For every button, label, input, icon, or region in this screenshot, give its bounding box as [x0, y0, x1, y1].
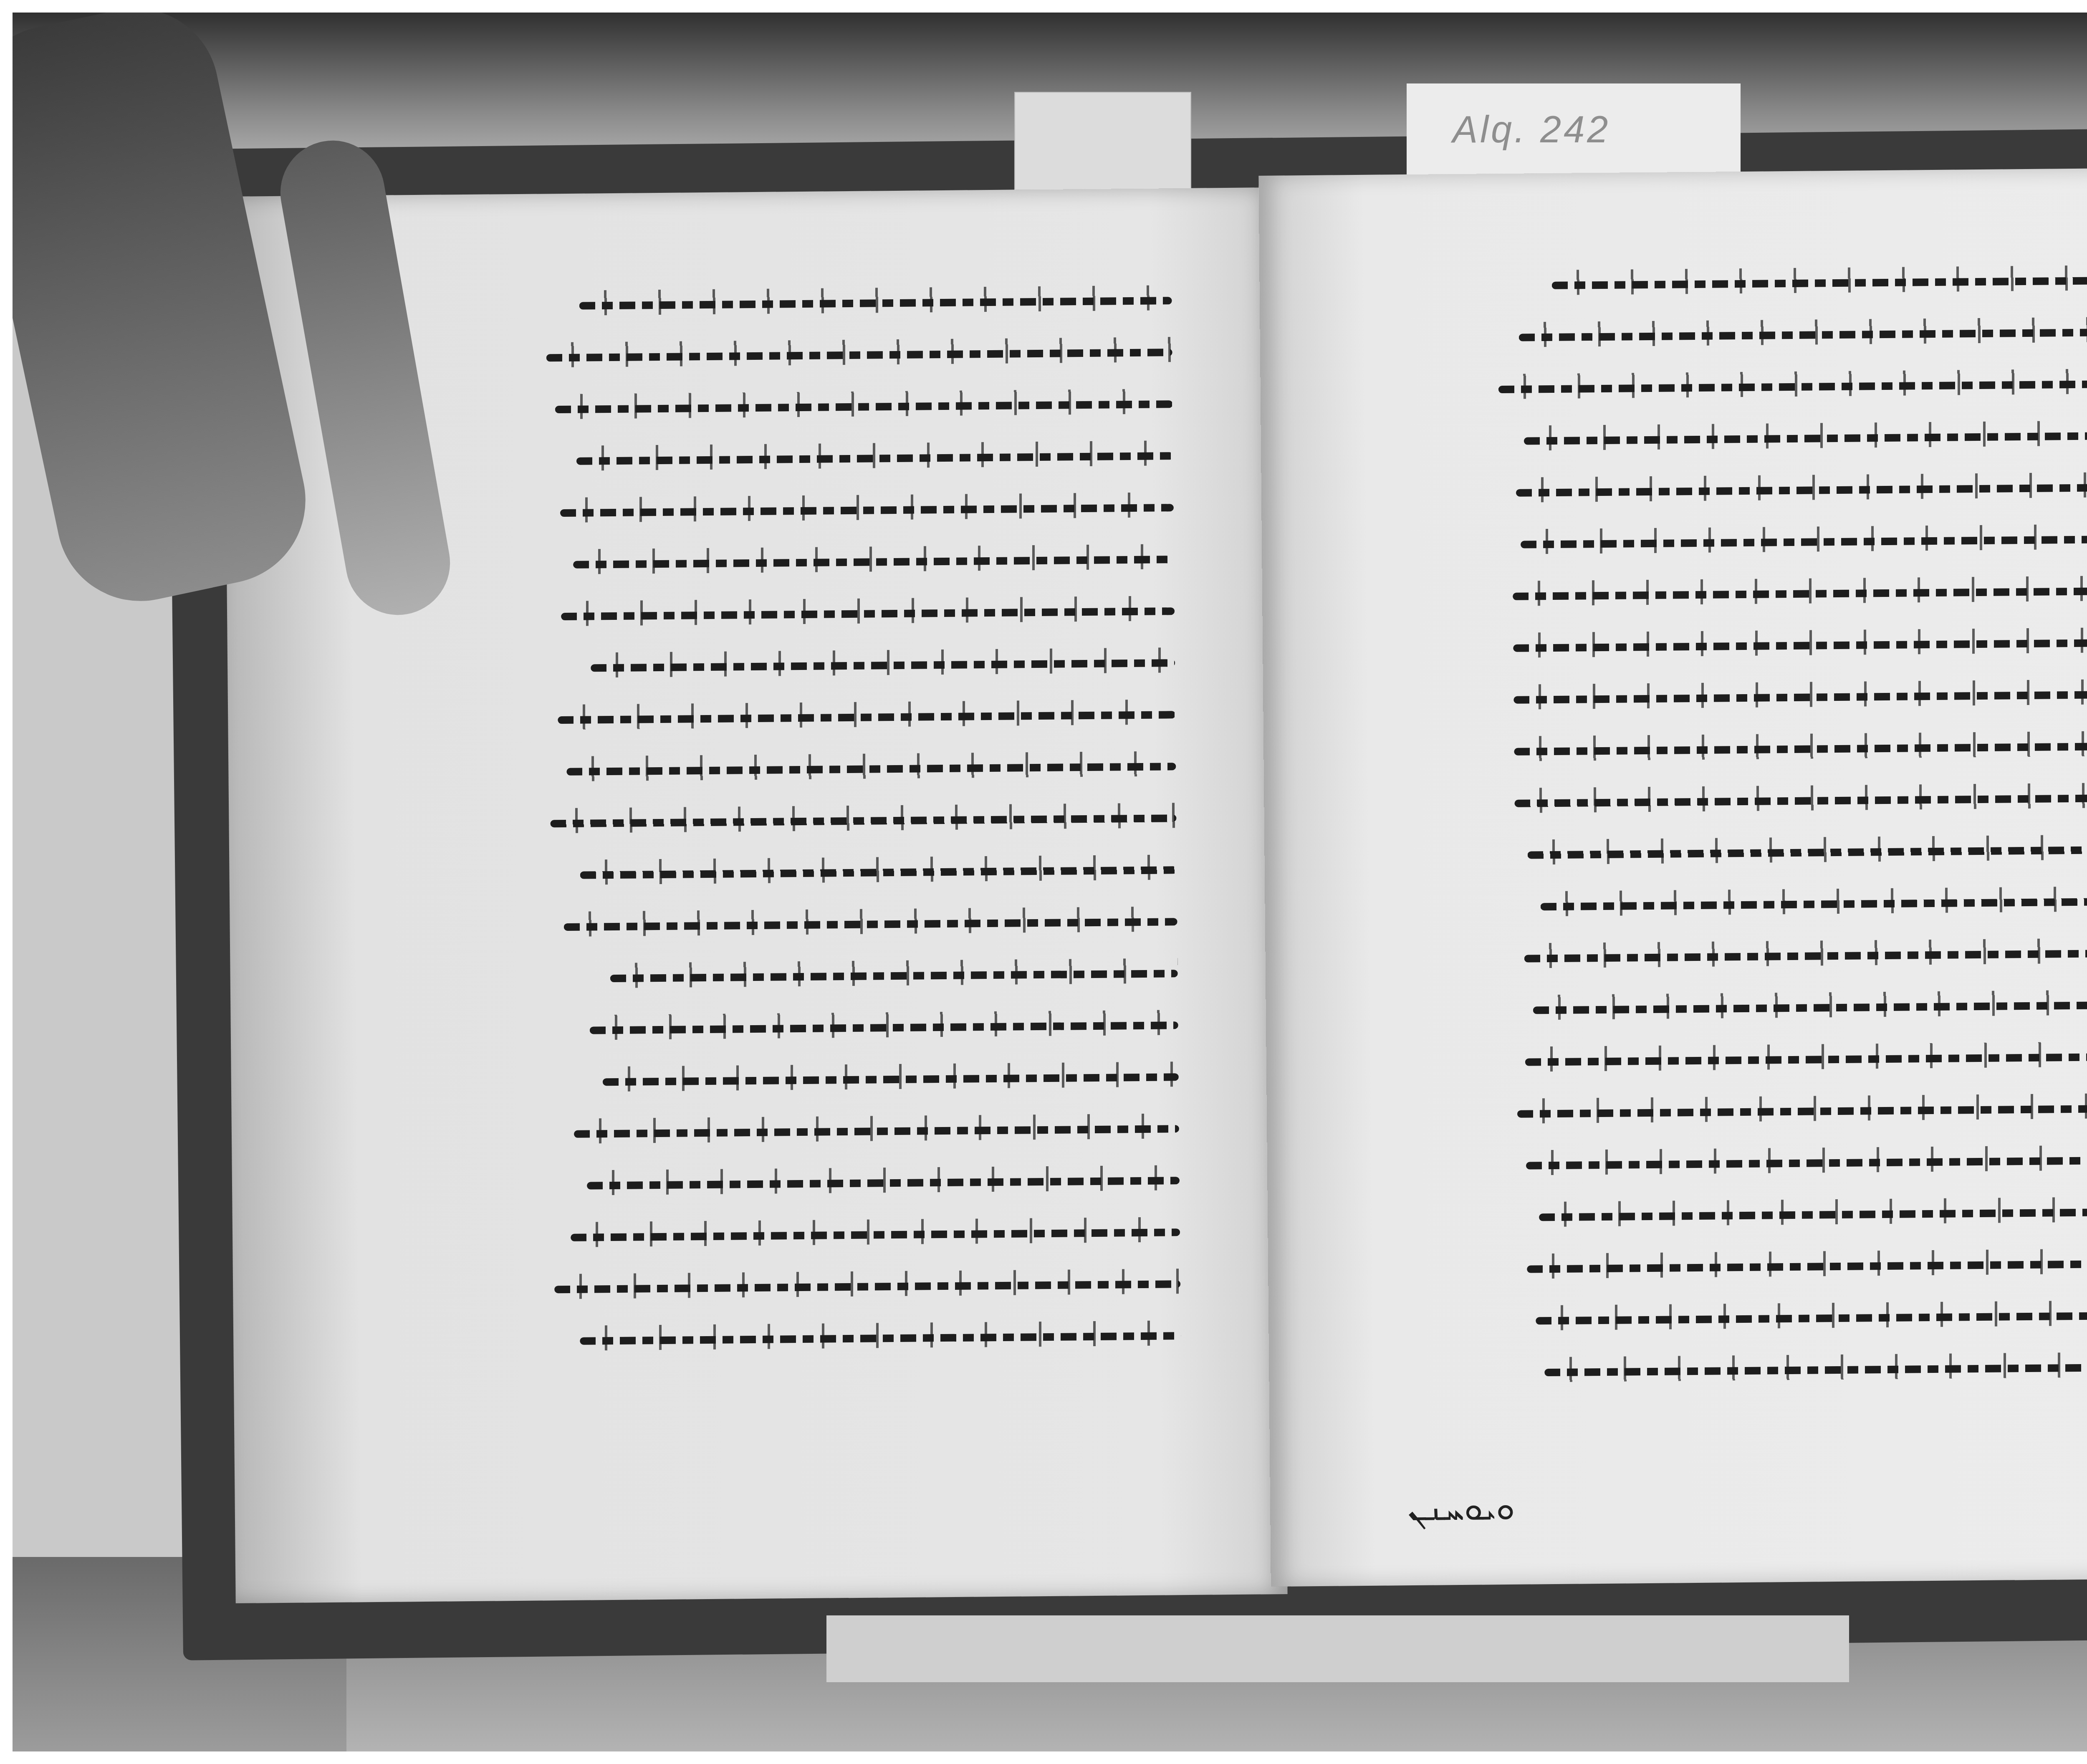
handwritten-script: [1552, 277, 2087, 289]
handwritten-script: [546, 349, 1172, 361]
manuscript-line: [529, 802, 1177, 838]
handwritten-script: [1527, 846, 2087, 859]
shelfmark-label: Alq. 242: [1407, 83, 1741, 175]
handwritten-script: [1513, 639, 2087, 652]
manuscript-line: [1489, 316, 2087, 352]
photo-frame: Alq. 242 ܡܘ ܘܝܘܚܢܢ: [13, 13, 2087, 1751]
handwritten-script: [1541, 898, 2087, 911]
manuscript-line: [1493, 730, 2087, 766]
handwritten-script: [1527, 1260, 2087, 1273]
manuscript-line: [530, 905, 1177, 941]
manuscript-line: [1489, 264, 2087, 300]
manuscript-line: [1498, 1351, 2087, 1387]
handwritten-script: [564, 918, 1177, 931]
manuscript-line: [1492, 575, 2087, 611]
handwritten-script: [1524, 432, 2087, 445]
handwritten-script: [566, 763, 1176, 776]
handwritten-script: [558, 711, 1175, 724]
handwritten-script: [1539, 1208, 2087, 1221]
handwritten-script: [1533, 1001, 2087, 1014]
manuscript-line: [532, 1112, 1180, 1148]
handwritten-script: [554, 1280, 1180, 1293]
handwritten-script: [560, 504, 1174, 517]
right-page: ܡܘ ܘܝܘܚܢܢ: [1258, 167, 2087, 1587]
shelfmark-text: Alq. 242: [1453, 109, 1610, 152]
handwritten-script: [579, 297, 1172, 309]
manuscript-line: [1498, 1248, 2087, 1284]
manuscript-line: [1497, 1196, 2087, 1232]
handwritten-script: [587, 1177, 1180, 1189]
manuscript-line: [525, 284, 1172, 320]
handwritten-script: [580, 1332, 1181, 1345]
handwritten-script: [1544, 1364, 2087, 1377]
handwritten-script: [574, 1125, 1179, 1138]
handwritten-script: [561, 607, 1175, 620]
manuscript-line: [1490, 368, 2087, 404]
cloth-under-spine: [826, 1615, 1849, 1682]
manuscript-line: [531, 1009, 1178, 1045]
manuscript-line: [527, 491, 1174, 527]
manuscript-line: [1492, 627, 2087, 662]
manuscript-line: [528, 698, 1176, 734]
manuscript-line: [1493, 678, 2087, 714]
handwritten-script: [1519, 329, 2087, 341]
manuscript-line: [1494, 834, 2087, 869]
handwritten-script: [1517, 1105, 2087, 1118]
manuscript-line: [534, 1319, 1181, 1355]
manuscript-line: [1496, 1092, 2087, 1128]
handwritten-script: [555, 400, 1173, 413]
manuscript-line: [1495, 937, 2087, 973]
manuscript-line: [1498, 1299, 2087, 1335]
manuscript-line: [1493, 782, 2087, 818]
handwritten-script: [573, 556, 1174, 569]
handwritten-script: [1513, 587, 2087, 600]
handwritten-script: [603, 1073, 1179, 1086]
right-page-text-block: [1489, 264, 2087, 1408]
manuscript-line: [526, 388, 1173, 424]
handwritten-script: [1516, 484, 2087, 497]
manuscript-line: [1494, 885, 2087, 921]
manuscript-line: [525, 336, 1172, 372]
handwritten-script: [576, 452, 1173, 465]
handwritten-script: [1524, 950, 2087, 963]
handwritten-script: [1514, 794, 2087, 807]
handwritten-script: [590, 1021, 1178, 1034]
handwritten-script: [1513, 691, 2087, 704]
handwritten-script: [1536, 1312, 2087, 1325]
manuscript-line: [1491, 420, 2087, 455]
manuscript-line: [528, 595, 1175, 631]
handwritten-script: [591, 659, 1175, 672]
manuscript-line: [533, 1268, 1181, 1304]
manuscript-line: [526, 440, 1174, 475]
manuscript-line: [1496, 1041, 2087, 1077]
manuscript-line: [533, 1216, 1180, 1252]
manuscript-line: [531, 957, 1178, 993]
handwritten-script: [1514, 743, 2087, 756]
handwritten-script: [1525, 1053, 2087, 1066]
handwritten-script: [580, 866, 1177, 879]
handwritten-script: [571, 1228, 1180, 1241]
manuscript-line: [527, 543, 1175, 579]
manuscript-line: [529, 750, 1176, 786]
handwritten-script: [610, 970, 1178, 982]
manuscript-line: [532, 1061, 1179, 1097]
manuscript-line: [1491, 471, 2087, 507]
manuscript-line: [1491, 523, 2087, 559]
manuscript-line: [533, 1164, 1180, 1200]
handwritten-script: [550, 814, 1176, 827]
handwritten-script: [1526, 1157, 2087, 1170]
manuscript-line: [530, 854, 1177, 890]
catchword: ܘܝܘܚܢܢ: [1408, 1489, 1515, 1529]
handwritten-script: [1498, 380, 2087, 393]
manuscript-line: [1497, 1144, 2087, 1180]
manuscript-line: [528, 647, 1175, 682]
manuscript-line: [1495, 989, 2087, 1025]
left-page-text-block: [525, 284, 1181, 1377]
handwritten-script: [1521, 536, 2087, 548]
